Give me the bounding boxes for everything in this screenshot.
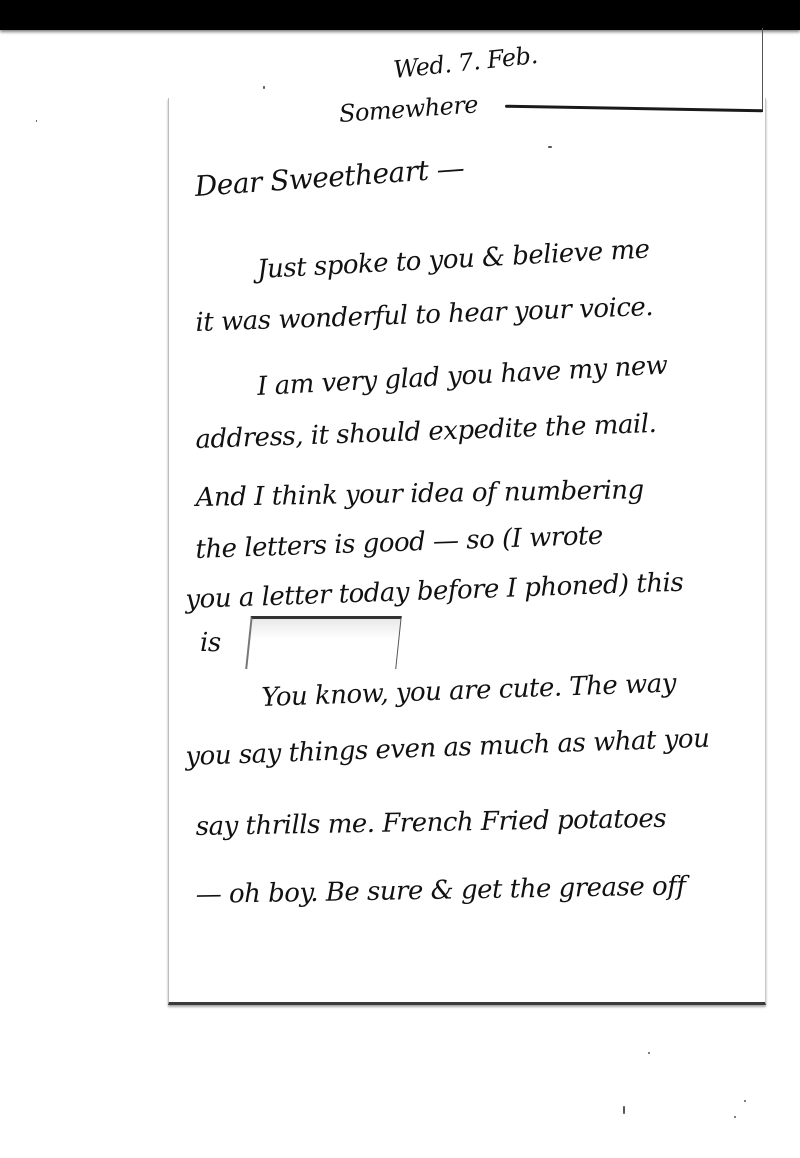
scan-speck <box>36 120 37 122</box>
torn-cutout-box <box>245 616 402 669</box>
scan-speck <box>263 86 265 89</box>
scan-speck <box>548 146 552 148</box>
scan-top-black-border <box>0 0 800 30</box>
scan-speck <box>623 1106 625 1114</box>
header-slip-edge <box>500 28 763 112</box>
scan-speck <box>734 1116 736 1118</box>
scan-speck <box>744 1100 746 1102</box>
letter-line: is <box>200 628 221 658</box>
scan-speck <box>648 1052 650 1054</box>
